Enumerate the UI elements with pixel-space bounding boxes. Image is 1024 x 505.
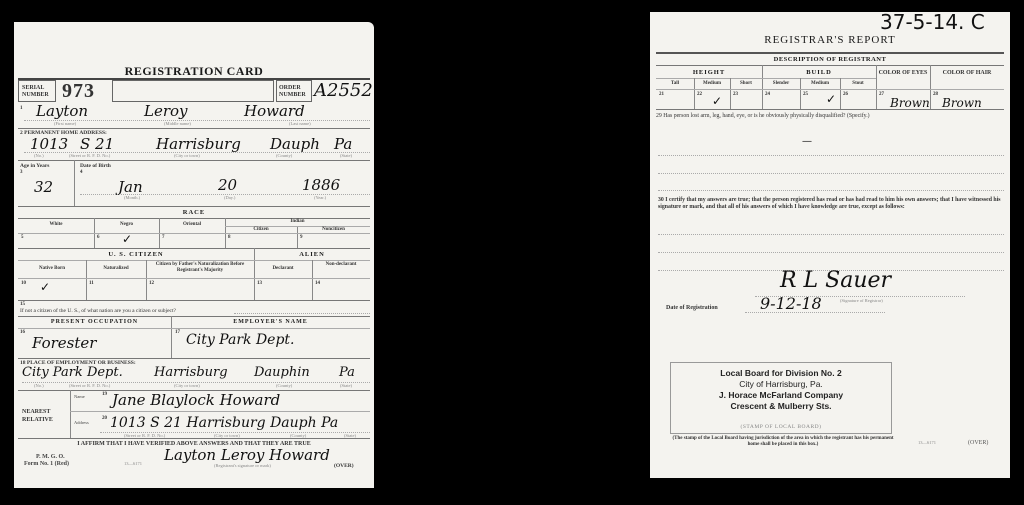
address-state: Pa bbox=[334, 135, 352, 153]
caption: (County) bbox=[276, 383, 292, 388]
field-number: 4 bbox=[80, 170, 83, 175]
field-number: 14 bbox=[315, 281, 320, 286]
field-number: 27 bbox=[879, 92, 884, 97]
caption: (Year.) bbox=[314, 195, 326, 200]
date-of-registration-value: 9-12-18 bbox=[760, 294, 822, 313]
address-county: Dauph bbox=[270, 135, 320, 153]
serial-number-label: SERIAL NUMBER bbox=[22, 85, 54, 99]
address-street: S 21 bbox=[80, 135, 114, 153]
age-value: 32 bbox=[34, 178, 53, 196]
place-state: Pa bbox=[339, 365, 355, 380]
divider bbox=[18, 278, 370, 279]
field-number: 10 bbox=[21, 281, 26, 286]
us-citizen-header: U. S. CITIZEN bbox=[18, 251, 254, 258]
divider bbox=[18, 248, 370, 249]
q29-answer: — bbox=[802, 136, 812, 147]
dob-label: Date of Birth bbox=[80, 163, 111, 169]
divider bbox=[18, 233, 370, 234]
relative-address-label: Address bbox=[74, 420, 89, 425]
divider bbox=[18, 358, 370, 359]
height-short-header: Short bbox=[730, 81, 762, 87]
field-number: 23 bbox=[733, 92, 738, 97]
field-number: 28 bbox=[933, 92, 938, 97]
nearest-relative-label: NEAREST RELATIVE bbox=[22, 408, 66, 424]
field-number: 16 bbox=[20, 330, 25, 335]
divider bbox=[74, 160, 75, 206]
hair-color-header: COLOR OF HAIR bbox=[930, 70, 1004, 77]
field-number: 12 bbox=[149, 281, 154, 286]
declarant-header: Declarant bbox=[254, 266, 312, 272]
dob-day: 20 bbox=[218, 176, 237, 194]
divider bbox=[18, 128, 370, 129]
caption: (Month.) bbox=[124, 195, 140, 200]
height-medium-checkmark: ✓ bbox=[712, 94, 722, 108]
field-number: 15 bbox=[20, 302, 25, 307]
field-number: 21 bbox=[659, 92, 664, 97]
build-header: BUILD bbox=[762, 69, 876, 76]
occupation-value: Forester bbox=[32, 334, 96, 352]
eye-color-header: COLOR OF EYES bbox=[876, 70, 930, 77]
field-number: 20 bbox=[102, 416, 107, 421]
caption: (Street or R. F. D. No.) bbox=[69, 153, 110, 158]
field-number: 6 bbox=[97, 235, 100, 240]
form-number: Form No. 1 (Red) bbox=[24, 461, 69, 467]
field-number: 13 bbox=[257, 281, 262, 286]
field-number: 11 bbox=[89, 281, 94, 286]
order-number-label: ORDER NUMBER bbox=[279, 85, 311, 99]
field-number: 17 bbox=[175, 330, 180, 335]
eye-color-value: Brown bbox=[890, 96, 930, 110]
stamp-line: City of Harrisburg, Pa. bbox=[671, 379, 891, 390]
divider bbox=[18, 260, 370, 261]
field-number: 8 bbox=[228, 235, 231, 240]
print-code: 13—6171 bbox=[918, 440, 936, 445]
divider bbox=[70, 390, 71, 438]
local-board-stamp-box: Local Board for Division No. 2 City of H… bbox=[670, 362, 892, 434]
print-code: 13—6171 bbox=[124, 461, 142, 466]
caption: (City or town) bbox=[174, 153, 200, 158]
stamp-note: (The stamp of the Local Board having jur… bbox=[668, 436, 898, 448]
address-city: Harrisburg bbox=[156, 135, 241, 153]
race-negro-header: Negro bbox=[94, 222, 159, 228]
caption: (City or town) bbox=[174, 383, 200, 388]
race-indian-header: Indian bbox=[225, 219, 370, 225]
divider bbox=[656, 89, 1004, 90]
divider bbox=[656, 52, 1004, 54]
divider bbox=[18, 438, 370, 439]
hair-color-value: Brown bbox=[942, 96, 982, 110]
first-name-caption: (First name) bbox=[54, 121, 76, 126]
middle-name-caption: (Middle name) bbox=[164, 121, 191, 126]
employer-value: City Park Dept. bbox=[186, 332, 295, 348]
build-stout-header: Stout bbox=[840, 81, 876, 87]
father-naturalization-header: Citizen by Father's Naturalization Befor… bbox=[150, 262, 250, 274]
divider bbox=[18, 328, 370, 329]
caption: (Day.) bbox=[224, 195, 235, 200]
address-number: 1013 bbox=[30, 135, 68, 153]
order-number: A2552 bbox=[314, 80, 373, 101]
caption: (Street or R. F. D. No.) bbox=[69, 383, 110, 388]
card-title: REGISTRATION CARD bbox=[14, 64, 374, 79]
date-line bbox=[745, 312, 885, 313]
answer-line bbox=[658, 252, 1004, 253]
field-number: 24 bbox=[765, 92, 770, 97]
q15-line bbox=[234, 313, 370, 314]
relative-name-label: Name bbox=[74, 394, 85, 399]
caption: (No.) bbox=[34, 153, 44, 158]
employer-header: EMPLOYER'S NAME bbox=[171, 319, 370, 325]
registration-card: REGISTRATION CARD SERIAL NUMBER 973 ORDE… bbox=[14, 22, 374, 488]
race-header: RACE bbox=[14, 209, 374, 216]
place-city: Harrisburg bbox=[154, 365, 228, 380]
field-number: 3 bbox=[20, 170, 23, 175]
stamp-line: Crescent & Mulberry Sts. bbox=[671, 401, 891, 412]
caption: (County) bbox=[276, 153, 292, 158]
registrars-report-card: 37-5-14. C REGISTRAR'S REPORT DESCRIPTIO… bbox=[650, 12, 1010, 478]
q29-text: 29 Has person lost arm, leg, hand, eye, … bbox=[656, 113, 1006, 120]
field-number: 19 bbox=[102, 392, 107, 397]
q30-certification-text: 30 I certify that my answers are true; t… bbox=[658, 197, 1004, 211]
registrar-signature-caption: (Signature of Registrar) bbox=[840, 298, 883, 303]
build-medium-checkmark: ✓ bbox=[826, 92, 836, 106]
height-tall-header: Tall bbox=[656, 81, 694, 87]
field-number: 25 bbox=[803, 92, 808, 97]
caption: (State) bbox=[340, 383, 352, 388]
divider bbox=[656, 78, 876, 79]
divider bbox=[656, 65, 1004, 66]
divider bbox=[18, 316, 370, 317]
divider bbox=[18, 206, 370, 207]
stamp-caption: (STAMP OF LOCAL BOARD) bbox=[671, 424, 891, 430]
occupation-header: PRESENT OCCUPATION bbox=[18, 319, 171, 325]
race-white-header: White bbox=[18, 222, 94, 228]
over-label: (OVER) bbox=[334, 463, 354, 469]
first-name: Layton bbox=[36, 102, 88, 120]
caption: (No.) bbox=[34, 383, 44, 388]
height-header: HEIGHT bbox=[656, 69, 762, 76]
relative-address: 1013 S 21 Harrisburg Dauph Pa bbox=[110, 415, 338, 431]
divider bbox=[18, 300, 370, 301]
serial-number: 973 bbox=[62, 80, 95, 103]
naturalized-header: Naturalized bbox=[86, 266, 146, 272]
description-header: DESCRIPTION OF REGISTRANT bbox=[650, 56, 1010, 63]
date-of-registration-label: Date of Registration bbox=[666, 305, 718, 311]
build-medium-header: Medium bbox=[800, 81, 840, 87]
registrant-signature: Layton Leroy Howard bbox=[164, 446, 330, 464]
over-label: (OVER) bbox=[968, 440, 988, 446]
answer-line bbox=[658, 190, 1004, 191]
height-medium-header: Medium bbox=[694, 81, 730, 87]
place-street: City Park Dept. bbox=[22, 365, 123, 380]
last-name: Howard bbox=[244, 102, 305, 120]
native-born-header: Native Born bbox=[18, 266, 86, 272]
place-county: Dauphin bbox=[254, 365, 310, 380]
last-name-caption: (Last name) bbox=[289, 121, 311, 126]
non-declarant-header: Non-declarant bbox=[316, 262, 366, 268]
dob-year: 1886 bbox=[302, 176, 340, 194]
signature-caption: (Registrant's signature or mark) bbox=[214, 463, 271, 468]
serial-box bbox=[112, 80, 274, 102]
field-number: 7 bbox=[162, 235, 165, 240]
divider bbox=[312, 260, 313, 300]
field-number: 5 bbox=[21, 235, 24, 240]
answer-line bbox=[658, 234, 1004, 235]
field-number: 1 bbox=[20, 106, 23, 111]
stamp-line: Local Board for Division No. 2 bbox=[671, 368, 891, 379]
form-code: P. M. G. O. bbox=[36, 454, 65, 460]
divider bbox=[656, 109, 1004, 110]
field-number: 9 bbox=[300, 235, 303, 240]
alien-header: ALIEN bbox=[254, 251, 370, 258]
middle-name: Leroy bbox=[144, 102, 188, 120]
build-slender-header: Slender bbox=[762, 81, 800, 87]
field-number: 22 bbox=[697, 92, 702, 97]
report-title: REGISTRAR'S REPORT bbox=[650, 34, 1010, 46]
answer-line bbox=[658, 173, 1004, 174]
stamp-line: J. Horace McFarland Company bbox=[671, 390, 891, 401]
race-negro-checkmark: ✓ bbox=[122, 232, 132, 246]
stamp-number: 37-5-14. C bbox=[880, 10, 985, 34]
relative-name: Jane Blaylock Howard bbox=[112, 391, 280, 409]
caption: (State) bbox=[340, 153, 352, 158]
q15-text: If not a citizen of the U. S., of what n… bbox=[20, 308, 176, 314]
race-oriental-header: Oriental bbox=[159, 222, 225, 228]
divider bbox=[146, 260, 147, 300]
age-label: Age in Years bbox=[20, 163, 49, 169]
divider bbox=[70, 411, 370, 412]
field-number: 26 bbox=[843, 92, 848, 97]
divider bbox=[18, 160, 370, 161]
answer-line bbox=[658, 155, 1004, 156]
native-born-checkmark: ✓ bbox=[40, 280, 50, 294]
registrar-signature: R L Sauer bbox=[780, 268, 891, 293]
